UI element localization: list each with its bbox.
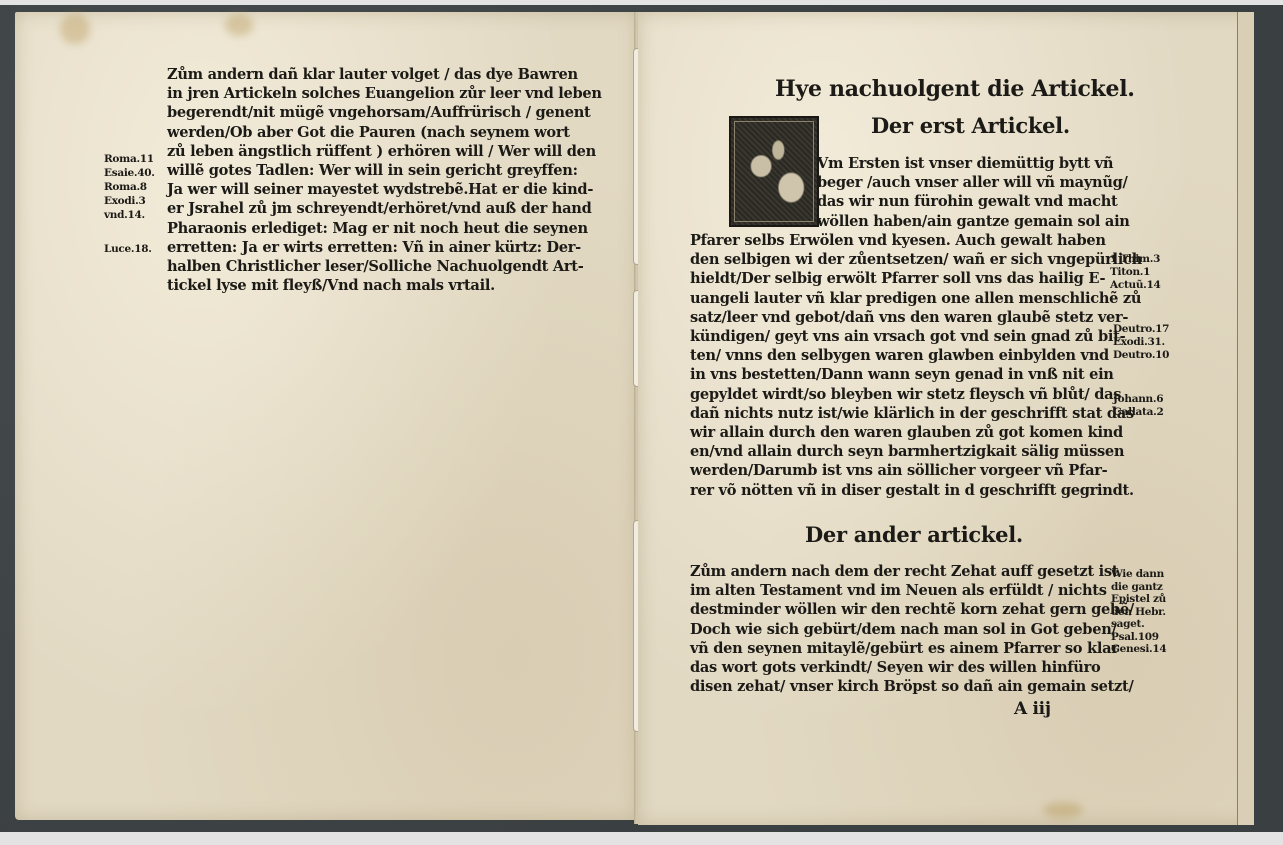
water-stain <box>1043 802 1083 818</box>
margin-note: Deutro.10 <box>1113 349 1169 362</box>
text-line: das wort gots verkindt/ Seyen wir des wi… <box>690 658 1134 677</box>
text-line: den selbigen wi der zůentsetzen/ wañ er … <box>690 250 1142 269</box>
margin-note: den Hebr. <box>1111 606 1166 619</box>
margin-note: Johann.6 <box>1113 393 1163 406</box>
text-line: disen zehat/ vnser kirch Bröpst so dañ a… <box>690 677 1134 696</box>
right-margin-notes-2: Deutro.17 Exodi.31. Deutro.10 <box>1113 323 1169 362</box>
margin-note <box>104 222 155 242</box>
left-margin-notes: Roma.11 Esaie.40. Roma.8 Exodi.3 vnd.14.… <box>104 152 155 256</box>
article-2-text: Zům andern nach dem der recht Zehat auff… <box>690 562 1134 696</box>
article-1-heading: Der erst Artickel. <box>871 113 1070 138</box>
text-line: en/vnd allain durch seyn barmhertzigkait… <box>690 442 1142 461</box>
margin-note: Titon.1 <box>1110 266 1161 279</box>
text-line: in vns bestetten/Dann wann seyn genad in… <box>690 365 1142 384</box>
left-body-text: Zům andern dañ klar lauter volget / das … <box>167 65 602 295</box>
margin-note: Genesi.14 <box>1111 643 1166 656</box>
text-line: kündigen/ geyt vns ain vrsach got vnd se… <box>690 327 1142 346</box>
article-1-indented-text: Vm Ersten ist vnser diemüttig bytt vñ be… <box>817 154 1130 231</box>
right-margin-notes-1: 1 Thim.3 Titon.1 Actuũ.14 <box>1110 253 1161 292</box>
text-line: werden/Ob aber Got die Pauren (nach seyn… <box>167 123 602 142</box>
margin-note: 1 Thim.3 <box>1110 253 1161 266</box>
text-line: Zům andern dañ klar lauter volget / das … <box>167 65 602 84</box>
page-edge <box>1237 12 1254 825</box>
text-line: rer võ nötten vñ in diser gestalt in d g… <box>690 481 1142 500</box>
text-line: satz/leer vnd gebot/dañ vns den waren gl… <box>690 308 1142 327</box>
text-line: das wir nun fürohin gewalt vnd macht <box>817 192 1130 211</box>
margin-note: Deutro.17 <box>1113 323 1169 336</box>
text-line: zů leben ängstlich rüffent ) erhören wil… <box>167 142 602 161</box>
margin-note: vnd.14. <box>104 208 155 222</box>
text-line: begerendt/nit mügẽ vngehorsam/Auffrürisc… <box>167 103 602 122</box>
text-line: wir allain durch den waren glauben zů go… <box>690 423 1142 442</box>
margin-note: saget. <box>1111 618 1166 631</box>
signature-mark: A iij <box>1014 699 1051 719</box>
margin-note: Epistel zů <box>1111 593 1166 606</box>
text-line: Vm Ersten ist vnser diemüttig bytt vñ <box>817 154 1130 173</box>
margin-note: Actuũ.14 <box>1110 279 1161 292</box>
text-line: hieldt/Der selbig erwölt Pfarrer soll vn… <box>690 269 1142 288</box>
text-line: werden/Darumb ist vns ain söllicher vorg… <box>690 461 1142 480</box>
text-line: er Jsrahel zů jm schreyendt/erhöret/vnd … <box>167 199 602 218</box>
margin-note: Exodi.3 <box>104 194 155 208</box>
text-line: uangeli lauter vñ klar predigen one alle… <box>690 289 1142 308</box>
text-line: Doch wie sich gebürt/dem nach man sol in… <box>690 620 1134 639</box>
text-line: halben Christlicher leser/Solliche Nachu… <box>167 257 602 276</box>
margin-note: Wie dann <box>1111 568 1166 581</box>
text-line: vñ den seynen mitaylẽ/gebürt es ainem Pf… <box>690 639 1134 658</box>
text-line: Pharaonis erlediget: Mag er nit noch heu… <box>167 219 602 238</box>
text-line: wöllen haben/ain gantze gemain sol ain <box>817 212 1130 231</box>
text-line: beger /auch vnser aller will vñ maynũg/ <box>817 173 1130 192</box>
margin-note: Roma.11 <box>104 152 155 166</box>
margin-note: Esaie.40. <box>104 166 155 180</box>
text-line: im alten Testament vnd im Neuen als erfü… <box>690 581 1134 600</box>
article-1-text: Pfarer selbs Erwölen vnd kyesen. Auch ge… <box>690 231 1142 500</box>
text-line: Ja wer will seiner mayestet wydstrebẽ.Ha… <box>167 180 602 199</box>
text-line: in jren Artickeln solches Euangelion zůr… <box>167 84 602 103</box>
text-line: Pfarer selbs Erwölen vnd kyesen. Auch ge… <box>690 231 1142 250</box>
text-line: tickel lyse mit fleyß/Vnd nach mals vrta… <box>167 276 602 295</box>
margin-note: Exodi.31. <box>1113 336 1169 349</box>
article-2-heading: Der ander artickel. <box>805 522 1023 547</box>
text-line: ten/ vnns den selbygen waren glawben ein… <box>690 346 1142 365</box>
woodcut-initial-icon <box>729 116 819 227</box>
right-margin-notes-3: Johann.6 Gallata.2 <box>1113 393 1163 419</box>
margin-note: Gallata.2 <box>1113 406 1163 419</box>
margin-note: Luce.18. <box>104 242 155 256</box>
text-line: destminder wöllen wir den rechtẽ korn ze… <box>690 600 1134 619</box>
text-line: erretten: Ja er wirts erretten: Vñ in ai… <box>167 238 602 257</box>
margin-note: Psal.109 <box>1111 631 1166 644</box>
margin-note: Roma.8 <box>104 180 155 194</box>
right-margin-notes-4: Wie dann die gantz Epistel zů den Hebr. … <box>1111 568 1166 656</box>
text-line: willẽ gotes Tadlen: Wer will in sein ger… <box>167 161 602 180</box>
text-line: Zům andern nach dem der recht Zehat auff… <box>690 562 1134 581</box>
text-line: gepyldet wirdt/so bleyben wir stetz fley… <box>690 385 1142 404</box>
text-line: dañ nichts nutz ist/wie klärlich in der … <box>690 404 1142 423</box>
page-title: Hye nachuolgent die Artickel. <box>775 76 1135 102</box>
water-stain <box>225 14 253 36</box>
margin-note: die gantz <box>1111 581 1166 594</box>
water-stain <box>60 14 90 44</box>
